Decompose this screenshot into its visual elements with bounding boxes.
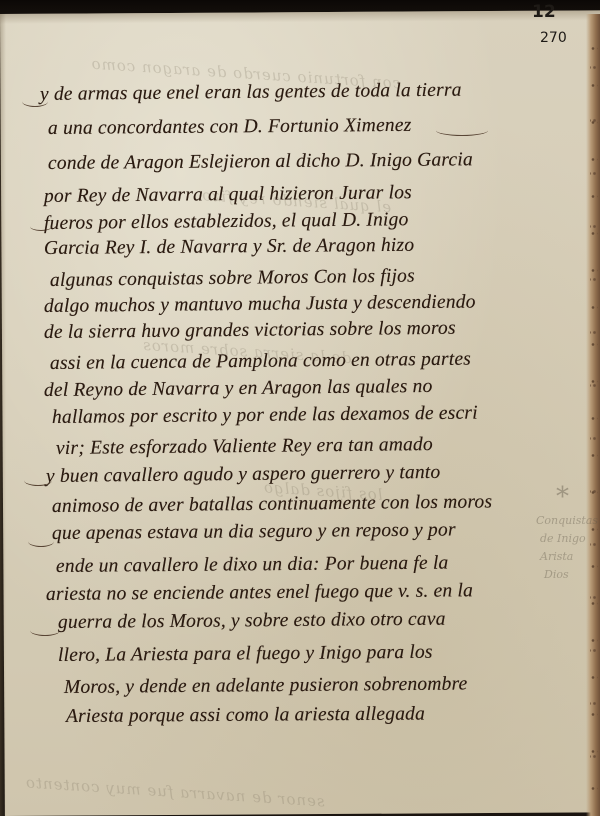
- pen-flourish: [30, 222, 52, 231]
- text-line: fueros por ellos establezidos, el qual D…: [44, 209, 409, 235]
- text-line: conde de Aragon Eslejieron al dicho D. I…: [48, 149, 473, 175]
- text-line: Garcia Rey I. de Navarra y Sr. de Aragon…: [44, 235, 414, 260]
- text-line: Moros, y dende en adelante pusieron sobr…: [64, 673, 468, 699]
- pen-flourish: [24, 475, 52, 486]
- manuscript-text: y de armas que enel eran las gentes de t…: [0, 0, 600, 816]
- text-line: llero, La Ariesta para el fuego y Inigo …: [58, 642, 433, 667]
- text-line: del Reyno de Navarra y en Aragon las qua…: [44, 376, 433, 402]
- text-line: guerra de los Moros, y sobre esto dixo o…: [58, 609, 446, 634]
- text-line: hallamos por escrito y por ende las dexa…: [52, 403, 478, 429]
- text-line: y buen cavallero agudo y aspero guerrero…: [46, 462, 441, 488]
- text-line: ariesta no se enciende antes enel fuego …: [46, 580, 473, 606]
- text-line: Ariesta porque assi como la ariesta alle…: [66, 703, 425, 728]
- text-line: ende un cavallero le dixo un dia: Por bu…: [56, 553, 449, 578]
- text-line: y de armas que enel eran las gentes de t…: [40, 80, 462, 106]
- pen-flourish: [30, 625, 60, 636]
- text-line: vir; Este esforzado Valiente Rey era tan…: [56, 434, 433, 460]
- text-line: algunas conquistas sobre Moros Con los f…: [50, 266, 415, 292]
- text-line: por Rey de Navarra al qual hizieron Jura…: [44, 182, 412, 208]
- pen-flourish: [22, 96, 48, 107]
- text-line: dalgo muchos y mantuvo mucha Justa y des…: [44, 291, 476, 318]
- text-line: de la sierra huvo grandes victorias sobr…: [44, 318, 456, 344]
- text-line: assi en la cuenca de Pamplona como en ot…: [50, 349, 471, 375]
- text-line: animoso de aver batallas continuamente c…: [52, 491, 492, 518]
- pen-flourish: [436, 125, 488, 136]
- pen-flourish: [28, 536, 54, 547]
- text-line: que apenas estava un dia seguro y en rep…: [52, 519, 456, 545]
- text-line: a una concordantes con D. Fortunio Ximen…: [48, 115, 412, 140]
